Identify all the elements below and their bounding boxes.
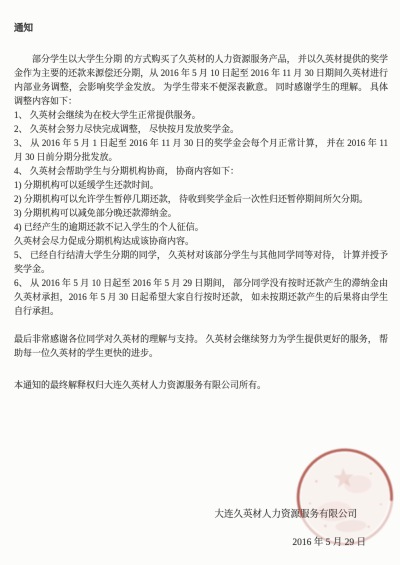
notice-item: 3) 分期机构可以减免部分晚还款滞纳金。	[14, 206, 388, 220]
notice-item: 4、 久英材会帮助学生与分期机构协商， 协商内容如下：	[14, 164, 388, 178]
notice-date: 2016 年 5 月 29 日	[14, 536, 388, 550]
notice-item: 2) 分期机构可以允许学生暂停几期还款， 待收到奖学金后一次性归还暂停期间所欠分…	[14, 192, 388, 206]
seal-star-icon	[333, 467, 355, 488]
notice-item: 3、 从 2016 年 5 月 1 日起至 2016 年 11 月 30 日的奖…	[14, 136, 388, 164]
notice-item: 久英材会尽力促成分期机构达成该协商内容。	[14, 234, 388, 248]
company-name: 大连久英材人力资源服务有限公司	[14, 508, 388, 522]
notice-item: 5、 已经自行结清大学生分期的同学， 久英材对该部分学生与其他同学同等对待， 计…	[14, 248, 388, 276]
notice-body: 部分学生以大学生分期 的方式购买了久英材的人力资源服务产品， 并以久英材提供的奖…	[14, 52, 388, 392]
notice-item: 4) 已经产生的逾期还款不记入学生的个人征信。	[14, 220, 388, 234]
notice-title: 通知	[14, 22, 388, 36]
notice-closing: 最后非常感谢各位同学对久英材的理解与支持。 久英材会继续努力为学生提供更好的服务…	[14, 332, 388, 360]
signature-block: 大连久英材人力资源服务有限公司 2016 年 5 月 29 日	[14, 508, 388, 550]
notice-item: 1、 久英材会继续为在校大学生正常提供服务。	[14, 108, 388, 122]
notice-item: 6、 从 2016 年 5 月 10 日起至 2016 年 5 月 29 日期间…	[14, 276, 388, 318]
notice-items: 1、 久英材会继续为在校大学生正常提供服务。2、 久英材会努力尽快完成调整， 尽…	[14, 108, 388, 318]
seal-ring-top-arc	[295, 447, 392, 516]
notice-legal: 本通知的最终解释权归大连久英材人力资源服务有限公司所有。	[14, 378, 388, 392]
notice-item: 2、 久英材会努力尽快完成调整， 尽快按月发放奖学金。	[14, 122, 388, 136]
notice-item: 1) 分期机构可以延缓学生还款时间。	[14, 178, 388, 192]
notice-document: 通知 部分学生以大学生分期 的方式购买了久英材的人力资源服务产品， 并以久英材提…	[0, 0, 400, 565]
notice-intro: 部分学生以大学生分期 的方式购买了久英材的人力资源服务产品， 并以久英材提供的奖…	[14, 52, 388, 108]
